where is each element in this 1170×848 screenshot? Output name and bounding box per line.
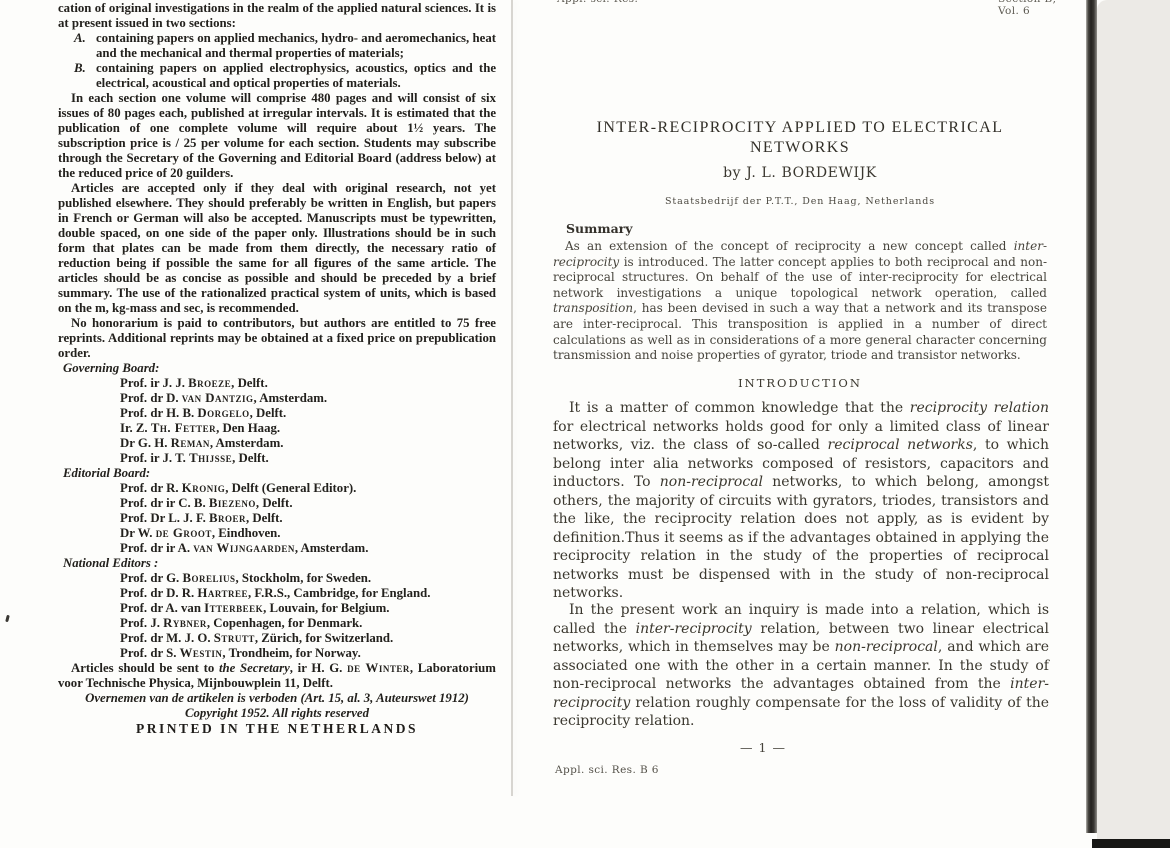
introduction-heading: INTRODUCTION xyxy=(553,376,1047,390)
running-head-section: Section B, Vol. 6 xyxy=(998,0,1066,17)
manuscript-rules-paragraph: Articles are accepted only if they deal … xyxy=(58,181,496,316)
journal-scope-paragraph: cation of original investigations in the… xyxy=(58,1,496,31)
summary-heading: Summary xyxy=(566,221,633,236)
introduction-paragraph-2: In the present work an inquiry is made i… xyxy=(553,601,1049,731)
board-member: Prof. dr A. van Itterbeek, Louvain, for … xyxy=(120,601,496,616)
secretary-note: Articles should be sent to the Secretary… xyxy=(58,661,496,691)
governing-board-heading: Governing Board: xyxy=(63,361,496,376)
summary-paragraph: As an extension of the concept of recipr… xyxy=(553,239,1047,364)
board-member: Prof. dr R. Kronig, Delft (General Edito… xyxy=(120,481,496,496)
copyright-line: Copyright 1952. All rights reserved xyxy=(58,706,496,721)
copyright-dutch-line: Overnemen van de artikelen is verboden (… xyxy=(58,691,496,706)
national-editors-heading: National Editors : xyxy=(63,556,496,571)
board-member: Prof. J. Rybner, Copenhagen, for Denmark… xyxy=(120,616,496,631)
section-a-text: containing papers on applied mechanics, … xyxy=(96,31,496,60)
running-head-journal: Appl. sci. Res. xyxy=(557,0,638,5)
board-member: Dr G. H. Reman, Amsterdam. xyxy=(120,436,496,451)
board-member: Prof. Dr L. J. F. Broer, Delft. xyxy=(120,511,496,526)
introduction-paragraph-1: It is a matter of common knowledge that … xyxy=(553,399,1049,603)
printed-in-line: PRINTED IN THE NETHERLANDS xyxy=(58,721,496,736)
editorial-board-section: Editorial Board: Prof. dr R. Kronig, Del… xyxy=(58,466,496,556)
board-member: Prof. dr D. van Dantzig, Amsterdam. xyxy=(120,391,496,406)
board-member: Prof. dr G. Borelius, Stockholm, for Swe… xyxy=(120,571,496,586)
book-edge-strip xyxy=(1086,0,1097,833)
author-affiliation: Staatsbedrijf der P.T.T., Den Haag, Neth… xyxy=(545,196,1055,207)
national-editors-section: National Editors : Prof. dr G. Borelius,… xyxy=(58,556,496,661)
honorarium-paragraph: No honorarium is paid to contributors, b… xyxy=(58,316,496,361)
board-member: Prof. dr ir C. B. Biezeno, Delft. xyxy=(120,496,496,511)
scanner-background xyxy=(1097,0,1170,848)
section-list-item-b: B. containing papers on applied electrop… xyxy=(58,61,496,91)
list-marker-b: B. xyxy=(74,61,86,76)
footer-signature: Appl. sci. Res. B 6 xyxy=(555,764,659,776)
margin-speck xyxy=(5,615,10,623)
subscription-paragraph: In each section one volume will comprise… xyxy=(58,91,496,181)
scan-edge-bar xyxy=(1092,839,1170,848)
article-byline: by J. L. BORDEWIJK xyxy=(545,165,1055,181)
board-member: Prof. dr D. R. Hartree, F.R.S., Cambridg… xyxy=(120,586,496,601)
board-member: Prof. ir J. J. Broeze, Delft. xyxy=(120,376,496,391)
section-list-item-a: A. containing papers on applied mechanic… xyxy=(58,31,496,61)
editorial-board-heading: Editorial Board: xyxy=(63,466,496,481)
board-member: Prof. ir J. T. Thijsse, Delft. xyxy=(120,451,496,466)
board-member: Prof. dr ir A. van Wijngaarden, Amsterda… xyxy=(120,541,496,556)
right-page: Appl. sci. Res. Section B, Vol. 6 INTER-… xyxy=(540,0,1066,848)
article-title: INTER-RECIPROCITY APPLIED TO ELECTRICAL … xyxy=(545,118,1055,158)
board-member: Prof. dr M. J. O. Strutt, Zürich, for Sw… xyxy=(120,631,496,646)
board-member: Prof. dr S. Westin, Trondheim, for Norwa… xyxy=(120,646,496,661)
page-number: — 1 — xyxy=(553,740,973,755)
left-page: cation of original investigations in the… xyxy=(58,1,496,736)
page-fold-shadow xyxy=(511,0,513,796)
board-member: Ir. Z. Th. Fetter, Den Haag. xyxy=(120,421,496,436)
governing-board-section: Governing Board: Prof. ir J. J. Broeze, … xyxy=(58,361,496,466)
board-member: Prof. dr H. B. Dorgelo, Delft. xyxy=(120,406,496,421)
section-b-text: containing papers on applied electrophys… xyxy=(96,61,496,90)
list-marker-a: A. xyxy=(74,31,86,46)
board-member: Dr W. de Groot, Eindhoven. xyxy=(120,526,496,541)
